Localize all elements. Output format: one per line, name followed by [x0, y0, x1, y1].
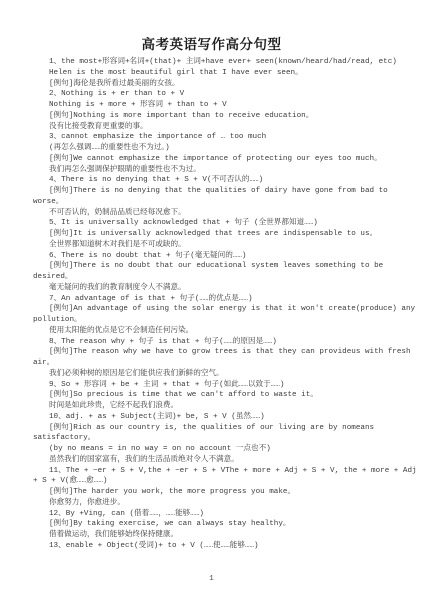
text-line: [例句]By taking exercise, we can always st… [33, 519, 418, 530]
text-line: [例句]It is universally acknowledged that … [33, 229, 418, 240]
document-title: 高考英语写作高分句型 [0, 33, 423, 53]
text-line: Nothing is + more + 形容词 + than to + V [33, 100, 418, 111]
text-line: [例句]Nothing is more important than to re… [33, 111, 418, 122]
text-line: 9、So + 形容词 + be + 主词 + that + 句子(如此……以致于… [33, 380, 418, 391]
text-line: [例句]Rich as our country is, the qualitie… [33, 423, 418, 434]
text-line: 我们再怎么强调保护眼睛的重要性也不为过。 [33, 165, 418, 176]
text-line: 借着做运动，我们能够始终保持健康。 [33, 530, 418, 541]
text-line: 4、There is no denying that + S + V(不可否认的… [33, 175, 418, 186]
text-line: 6、There is no doubt that + 句子(毫无疑问的……) [33, 251, 418, 262]
text-line: worse。 [33, 197, 418, 208]
text-line: 不可否认的，奶制品品质已经每况愈下。 [33, 208, 418, 219]
text-line: 13、enable + Object(受词)+ to + V (……使……能够…… [33, 541, 418, 552]
text-line: 7、An advantage of is that + 句子(……的优点是……) [33, 294, 418, 305]
text-line: 10、adj. + as + Subject(主词)+ be, S + V (虽… [33, 412, 418, 423]
text-line: [例句]海伦是我所看过最美丽的女孩。 [33, 79, 418, 90]
text-line: + S + V(愈……愈……) [33, 476, 418, 487]
text-line: 全世界都知道树木对我们是不可或缺的。 [33, 240, 418, 251]
text-line: 1、the most+形容词+名词+(that)+ 主词+have ever+ … [33, 57, 418, 68]
document-body: 1、the most+形容词+名词+(that)+ 主词+have ever+ … [33, 57, 418, 552]
text-line: 3、cannot emphasize the importance of … t… [33, 132, 418, 143]
text-line: 虽然我们的国家富有，我们的生活品质绝对令人不满意。 [33, 455, 418, 466]
text-line: air。 [33, 358, 418, 369]
text-line: satisfactory。 [33, 433, 418, 444]
text-line: 时间是如此珍贵，它经不起我们浪费。 [33, 401, 418, 412]
text-line: [例句]We cannot emphasize the importance o… [33, 154, 418, 165]
text-line: (by no means = in no way = on no account… [33, 444, 418, 455]
text-line: [例句]So precious is time that we can't af… [33, 390, 418, 401]
text-line: 你愈努力，你愈进步。 [33, 498, 418, 509]
text-line: [例句]An advantage of using the solar ener… [33, 304, 418, 315]
text-line: 5、It is universally acknowledged that + … [33, 218, 418, 229]
text-line: 2、Nothing is + er than to + V [33, 89, 418, 100]
text-line: [例句]The harder you work, the more progre… [33, 487, 418, 498]
text-line: 11、The + ~er + S + V,the + ~er + S + VTh… [33, 466, 418, 477]
text-line: Helen is the most beautiful girl that I … [33, 68, 418, 79]
text-line: pollution。 [33, 315, 418, 326]
page-number: 1 [0, 575, 423, 583]
document-page: 高考英语写作高分句型 1、the most+形容词+名词+(that)+ 主词+… [0, 0, 423, 600]
text-line: 8、The reason why + 句子 is that + 句子(……的原因… [33, 337, 418, 348]
text-line: 没有比接受教育更重要的事。 [33, 122, 418, 133]
text-line: [例句]The reason why we have to grow trees… [33, 347, 418, 358]
text-line: [例句]There is no doubt that our education… [33, 261, 418, 272]
text-line: desired。 [33, 272, 418, 283]
text-line: 使用太阳能的优点是它不会制造任何污染。 [33, 326, 418, 337]
text-line: 12、By +Ving, can (借着……，……能够……) [33, 509, 418, 520]
text-line: [例句]There is no denying that the qualiti… [33, 186, 418, 197]
text-line: 我们必须种树的原因是它们能供应我们新鲜的空气。 [33, 369, 418, 380]
text-line: 毫无疑问的我们的教育制度令人不满意。 [33, 283, 418, 294]
text-line: (再怎么强调……的重要性也不为过。) [33, 143, 418, 154]
